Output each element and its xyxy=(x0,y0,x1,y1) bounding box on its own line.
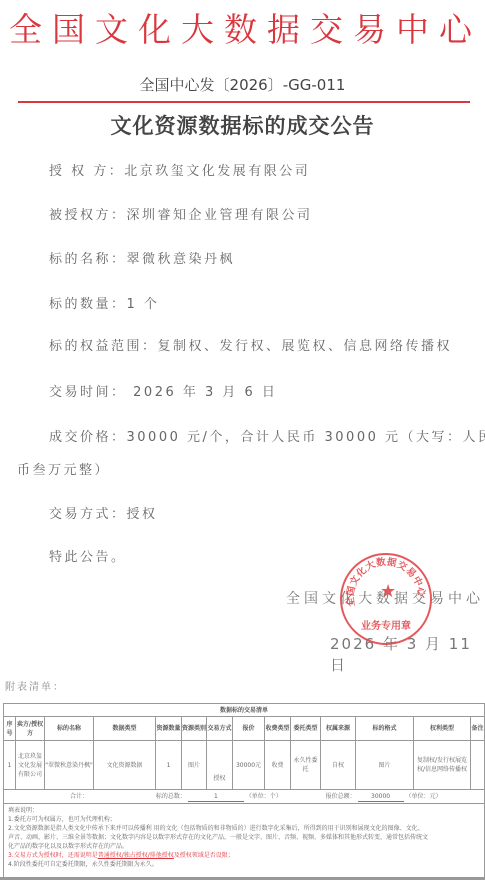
cell-rights-type: 复制权/发行权展览权/信息网络传播权 xyxy=(414,741,471,790)
cell-remarks xyxy=(471,741,485,790)
field-trade-time: 交易时间： 2026 年 3 月 6 日 xyxy=(49,381,277,400)
col-header: 标的格式 xyxy=(356,717,414,741)
cell-resource-category: 图片 xyxy=(182,741,207,790)
table-total-row: 合计： 标的总数： 1 （单位：个） 报价总额： 30000 （单位：元） xyxy=(4,790,485,804)
field-rights-scope: 标的权益范围：复制权、发行权、展览权、信息网络传播权 xyxy=(49,335,452,354)
col-header: 资源类别 xyxy=(182,717,207,741)
field-licensee: 被授权方：深圳睿知企业管理有限公司 xyxy=(49,204,313,223)
col-header: 序号 xyxy=(4,717,16,741)
col-header: 收费类型 xyxy=(265,717,291,741)
official-seal: 全国文化大数据交易中心 ★ 业务专用章 xyxy=(340,553,432,645)
field-label: 标的数量： xyxy=(49,297,127,312)
field-label: 成交价格： xyxy=(49,430,127,445)
cell-ownership-source: 自权 xyxy=(321,741,356,790)
field-label: 交易方式： xyxy=(49,507,127,522)
table-caption: 数据标的交易清单 xyxy=(4,704,485,717)
field-subject-name: 标的名称：翠微秋意染丹枫 xyxy=(49,248,235,267)
field-label: 交易时间： xyxy=(49,385,127,400)
field-label: 授 权 方： xyxy=(49,164,124,179)
field-trade-price: 成交价格：30000 元/个，合计人民币 30000 元（大写：人民 xyxy=(49,426,485,445)
fill-instructions: 填表说明： 1.委托方可为权属方，也可为代理机构； 2.文化资源数据是指人类文化… xyxy=(4,804,485,880)
col-header: 数据类型 xyxy=(94,717,156,741)
note-item: 4.阶段性委托可自定委托期限，永久性委托期限为永久。 xyxy=(8,860,480,869)
table-caption-row: 数据标的交易清单 xyxy=(4,704,485,717)
field-label: 标的权益范围： xyxy=(49,339,158,354)
org-masthead: 全国文化大数据交易中心 xyxy=(0,10,485,50)
note-item: 1.委托方可为权属方，也可为代理机构； xyxy=(8,815,480,824)
col-header: 卖方/授权方 xyxy=(16,717,45,741)
seal-bottom-text: 业务专用章 xyxy=(342,617,430,632)
table-row: 1 北京玖玺文化发展有限公司 "翠微秋意染丹枫" 文化资源数据 1 图片 授权 … xyxy=(4,741,485,790)
field-value: 授权 xyxy=(127,507,158,522)
document-number: 全国中心发〔2026〕-GG-011 xyxy=(0,74,485,95)
col-header: 备注 xyxy=(471,717,485,741)
cell-data-type: 文化资源数据 xyxy=(94,741,156,790)
table-notes-row: 填表说明： 1.委托方可为权属方，也可为代理机构； 2.文化资源数据是指人类文化… xyxy=(4,804,485,880)
field-trade-method: 交易方式：授权 xyxy=(49,503,158,522)
field-label: 被授权方： xyxy=(49,208,127,223)
cell-subject-format: 图片 xyxy=(356,741,414,790)
table-header-row: 序号 卖方/授权方 标的名称 数据类型 资源数量 资源类别 交易方式 报价 收费… xyxy=(4,717,485,741)
cell-price: 30000元 xyxy=(233,741,265,790)
page-title: 文化资源数据标的成交公告 xyxy=(0,110,485,140)
note-red-suffix: 及授权领域是否设限； xyxy=(174,852,234,859)
field-value: 2026 年 3 月 6 日 xyxy=(127,385,278,400)
cell-trade-method: 授权 xyxy=(207,741,233,790)
total-count-label: 标的总数： xyxy=(156,793,186,800)
field-value: 1 个 xyxy=(127,297,160,312)
red-divider-line xyxy=(18,101,470,103)
cell-seller: 北京玖玺文化发展有限公司 xyxy=(16,741,45,790)
total-count-unit: （单位：个） xyxy=(246,793,282,800)
cell-subject-name: "翠微秋意染丹枫" xyxy=(45,741,94,790)
total-price-unit: （单位：元） xyxy=(406,793,442,800)
col-header: 标的名称 xyxy=(45,717,94,741)
note-item: 化产品的数字化以及以数字形式存在的产品。 xyxy=(8,842,480,851)
transaction-list-table: 数据标的交易清单 序号 卖方/授权方 标的名称 数据类型 资源数量 资源类别 交… xyxy=(3,703,485,880)
col-header: 权属来源 xyxy=(321,717,356,741)
star-icon: ★ xyxy=(380,583,396,601)
field-value: 复制权、发行权、展览权、信息网络传播权 xyxy=(158,339,453,354)
field-label: 标的名称： xyxy=(49,252,127,267)
total-price-value: 30000 xyxy=(358,792,404,802)
field-value: 北京玖玺文化发展有限公司 xyxy=(124,164,310,179)
col-header: 交易方式 xyxy=(207,717,233,741)
note-red-underlined: 普通授权/独占授权/排他授权 xyxy=(98,852,174,859)
note-item: 2.文化资源数据是指人类文化中传承下来并可以传播利 用的文化（包括物质的和非物质… xyxy=(8,824,480,833)
col-header: 权利类型 xyxy=(414,717,471,741)
field-licensor: 授 权 方：北京玖玺文化发展有限公司 xyxy=(49,160,310,179)
field-value: 30000 元/个，合计人民币 30000 元（大写：人民 xyxy=(127,430,485,445)
note-red-prefix: 3.交易方式为授权时，还需说明是 xyxy=(8,852,98,859)
cell-entrust-type: 永久性委托 xyxy=(291,741,321,790)
note-item-highlighted: 3.交易方式为授权时，还需说明是普通授权/独占授权/排他授权及授权领域是否设限； xyxy=(8,851,480,860)
closing-statement: 特此公告。 xyxy=(49,546,127,565)
col-header: 报价 xyxy=(233,717,265,741)
appendix-label: 附表清单： xyxy=(5,678,65,693)
note-item: 声音、动画、影片、三维全景等数据；文化数字内容是以数字形式存在的文化产品，一般是… xyxy=(8,833,480,842)
cell-fee-type: 收费 xyxy=(265,741,291,790)
cell-index: 1 xyxy=(4,741,16,790)
field-trade-price-continuation: 币叁万元整） xyxy=(17,459,110,478)
total-label: 合计： xyxy=(4,792,154,801)
total-count-value: 1 xyxy=(188,792,244,802)
notes-title: 填表说明： xyxy=(8,806,480,815)
cell-resource-quantity: 1 xyxy=(156,741,182,790)
field-value: 深圳睿知企业管理有限公司 xyxy=(127,208,313,223)
field-value: 翠微秋意染丹枫 xyxy=(127,252,236,267)
col-header: 资源数量 xyxy=(156,717,182,741)
col-header: 委托类型 xyxy=(291,717,321,741)
field-subject-quantity: 标的数量：1 个 xyxy=(49,293,159,312)
total-price-label: 报价总额： xyxy=(326,793,356,800)
